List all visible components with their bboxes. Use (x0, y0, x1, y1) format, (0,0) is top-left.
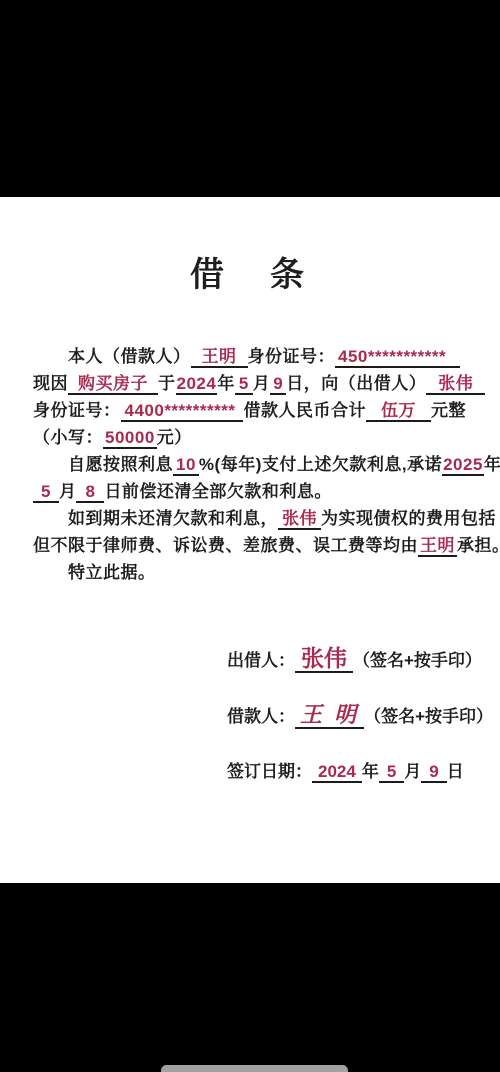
filled-blank: 9 (421, 762, 446, 783)
line-amount-digits: （小写：50000元） (33, 424, 490, 451)
home-indicator-bar (161, 1065, 348, 1072)
static-text: 日，向（出借人） (286, 374, 426, 393)
filled-blank: 2024 (176, 374, 218, 395)
filled-blank: 8 (76, 482, 104, 503)
static-text: 本人（借款人） (68, 347, 191, 366)
filled-blank: 50000 (103, 428, 157, 449)
static-text: 借款人民币合计 (243, 401, 366, 420)
row-lender-signature: 出借人：张伟（签名+按手印） (227, 643, 493, 673)
static-text: 月 (404, 762, 421, 781)
static-text: （签名+按手印） (353, 651, 482, 670)
filled-blank: 450*********** (335, 347, 460, 368)
static-text: 于 (158, 374, 176, 393)
static-text: 特立此据。 (68, 563, 156, 582)
filled-blank: 伍万 (366, 401, 431, 422)
document-title: 借 条 (0, 247, 500, 296)
filled-blank: 王明 (418, 536, 457, 557)
line-default-clause-1: 如到期未还清欠款和利息，张伟为实现债权的费用包括 (33, 505, 490, 532)
filled-blank: 购买房子 (68, 374, 158, 395)
filled-blank: 4400********** (121, 401, 244, 422)
document-body: 本人（借款人）王明身份证号：450***********现因购买房子于2024年… (33, 343, 490, 586)
letterbox-bottom (0, 883, 500, 1072)
filled-blank: 张伟 (295, 645, 353, 673)
static-text: 身份证号： (248, 347, 336, 366)
signature-block: 出借人：张伟（签名+按手印）借款人：王 明（签名+按手印）签订日期：2024年5… (227, 643, 493, 814)
row-borrower-signature: 借款人：王 明（签名+按手印） (227, 700, 493, 730)
line-reason-date-lender: 现因购买房子于2024年5月9日，向（出借人）张伟 (33, 370, 490, 397)
line-default-clause-2: 但不限于律师费、诉讼费、差旅费、误工费等均由王明承担。 (33, 532, 490, 559)
static-text: 为实现债权的费用包括 (321, 509, 496, 528)
line-interest-promise: 自愿按照利息10%(每年)支付上述欠款利息,承诺2025年 (33, 451, 490, 478)
filled-blank: 王 明 (295, 702, 364, 729)
static-text: 元整 (431, 401, 466, 420)
filled-blank: 5 (379, 762, 404, 783)
line-borrower-name-id: 本人（借款人）王明身份证号：450*********** (33, 343, 490, 370)
filled-blank: 张伟 (278, 509, 321, 530)
filled-blank: 2024 (312, 762, 362, 783)
static-text: 月 (59, 482, 77, 501)
static-text: 如到期未还清欠款和利息， (68, 509, 278, 528)
static-text: 年 (362, 762, 379, 781)
static-text: （小写： (33, 428, 103, 447)
filled-blank: 王明 (191, 347, 248, 368)
static-text: 日前偿还清全部欠款和利息。 (104, 482, 332, 501)
static-text: 现因 (33, 374, 68, 393)
filled-blank: 张伟 (426, 374, 485, 395)
filled-blank: 10 (173, 455, 199, 476)
static-text: 年 (217, 374, 235, 393)
static-text: %(每年)支付上述欠款利息,承诺 (199, 455, 442, 474)
row-signing-date: 签订日期：2024年5月9日 (227, 757, 493, 787)
line-lender-id-amount: 身份证号：4400**********借款人民币合计伍万元整 (33, 397, 490, 424)
line-repay-deadline: 5月8日前偿还清全部欠款和利息。 (33, 478, 490, 505)
filled-blank: 5 (33, 482, 59, 503)
static-text: 签订日期： (227, 762, 312, 781)
static-text: 年 (484, 455, 500, 474)
phone-screenshot: 借 条 本人（借款人）王明身份证号：450***********现因购买房子于2… (0, 0, 500, 1072)
filled-blank: 9 (270, 374, 286, 395)
line-closing: 特立此据。 (33, 559, 490, 586)
letterbox-top (0, 0, 500, 197)
iou-document: 借 条 本人（借款人）王明身份证号：450***********现因购买房子于2… (0, 197, 500, 883)
static-text: 日 (447, 762, 464, 781)
static-text: 元） (157, 428, 192, 447)
static-text: 身份证号： (33, 401, 121, 420)
static-text: （签名+按手印） (364, 707, 493, 726)
filled-blank: 2025 (442, 455, 484, 476)
static-text: 借款人： (227, 707, 295, 726)
static-text: 出借人： (227, 651, 295, 670)
static-text: 月 (253, 374, 271, 393)
filled-blank: 5 (235, 374, 253, 395)
static-text: 但不限于律师费、诉讼费、差旅费、误工费等均由 (33, 536, 418, 555)
static-text: 自愿按照利息 (68, 455, 173, 474)
static-text: 承担。 (457, 536, 500, 555)
